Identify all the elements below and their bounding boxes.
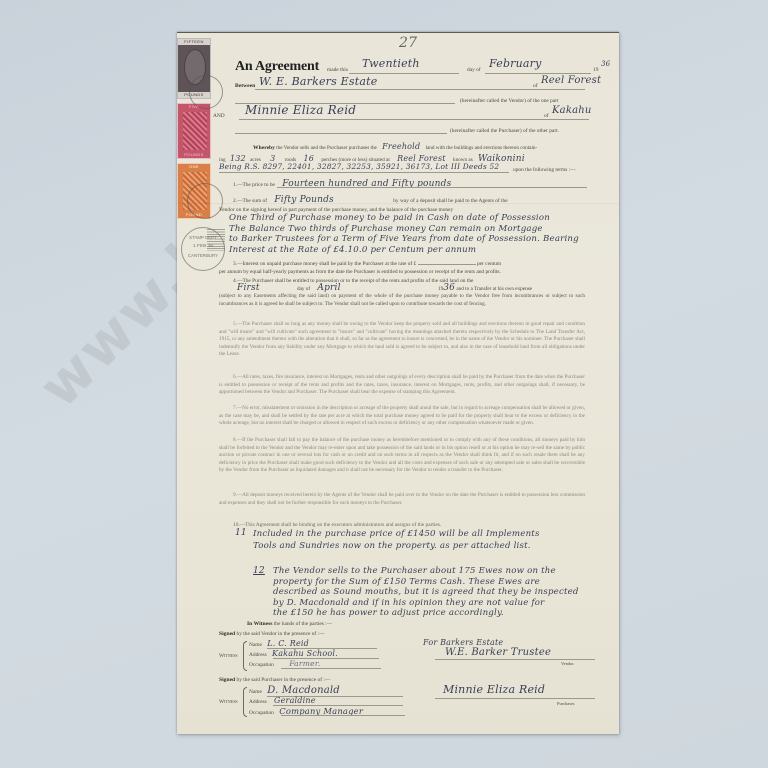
purchaser-witness-name-row: Name D. Macdonald [249,685,340,696]
agreement-document: 27 FIFTEEN POUNDS FIVE POUNDS ONE POUND … [177,32,619,734]
vendor-witness-occupation: Farmer. [289,659,320,668]
tenure-value: Freehold [382,142,420,151]
vendor-witness-occupation-row: Occupation Farmer. [249,659,320,668]
purchaser-name: Minnie Eliza Reid [245,103,356,117]
possession-month: April [317,283,340,293]
postmark-cancellation [187,183,223,219]
vendor-witness-name: L. C. Reid [267,639,309,648]
clause-9: 9.—All deposit moneys received herein by… [219,492,585,507]
vendor-location: Reel Forest [541,75,601,86]
possession-day: First [237,283,260,293]
signed-by-purchaser: Signed by the said Purchaser in the pres… [219,677,330,683]
document-title: An Agreement [235,59,319,75]
folio-number: 27 [399,35,417,51]
purchaser-signature: Minnie Eliza Reid [443,683,545,696]
agreement-year: 36 [601,60,610,68]
agreement-day: Twentieth [362,57,420,70]
vendor-witness-address-row: Address Kakahu School. [249,649,338,658]
clause-11-handwritten: Included in the purchase price of £1450 … [253,528,540,552]
purchaser-location: Kakahu [552,105,592,116]
signed-by-vendor: Signed by the said Vendor in the presenc… [219,631,324,637]
in-witness-heading: In Witness the hands of the parties :— [247,621,332,627]
purchaser-witness-name: D. Macdonald [267,685,340,696]
coat-of-arms-icon [183,112,207,150]
clause-12-handwritten: The Vendor sells to the Purchaser about … [273,566,579,619]
clause-3: 3.—Interest on unpaid purchase money sha… [233,261,501,267]
clause-5: 5.—The Purchaser shall so long as any mo… [219,321,585,359]
clause-8: 8.—If the Purchaser shall fail to pay th… [219,437,585,475]
legal-description: Being R.S. 8297, 22401, 32827, 32253, 35… [219,162,499,171]
clause-12-number: 12 [253,566,265,576]
vendor-name: W. E. Barkers Estate [259,75,377,88]
whereby-line-1: Whereby the Vendor sells and the Purchas… [253,142,593,151]
postmark-cancellation [189,75,223,109]
clause-6: 6.—All rates, taxes, fire insurance, int… [219,374,585,397]
vendor-signature-for-line: For Barkers Estate [423,638,503,647]
clause-4-date: First day of April 1936 and to a Transfe… [219,283,619,293]
clause-2-handwritten-terms: One Third of Purchase money to be paid i… [229,213,579,255]
revenue-stamp-five-pounds: FIVE POUNDS [177,103,211,159]
purchaser-witness-address-row: Address Geraldine [249,696,316,705]
purchaser-witness-address: Geraldine [274,696,316,705]
vendor-witness-name-row: Name L. C. Reid [249,639,309,648]
pasted-stamp-note [207,229,225,251]
clause-11-number: 11 [235,528,247,538]
agreement-month: February [489,57,542,70]
clause-7: 7.—No error, misstatement or omission in… [219,405,585,428]
vendor-signature: W.E. Barker Trustee [445,647,551,658]
vendor-witness-address: Kakahu School. [272,649,338,658]
